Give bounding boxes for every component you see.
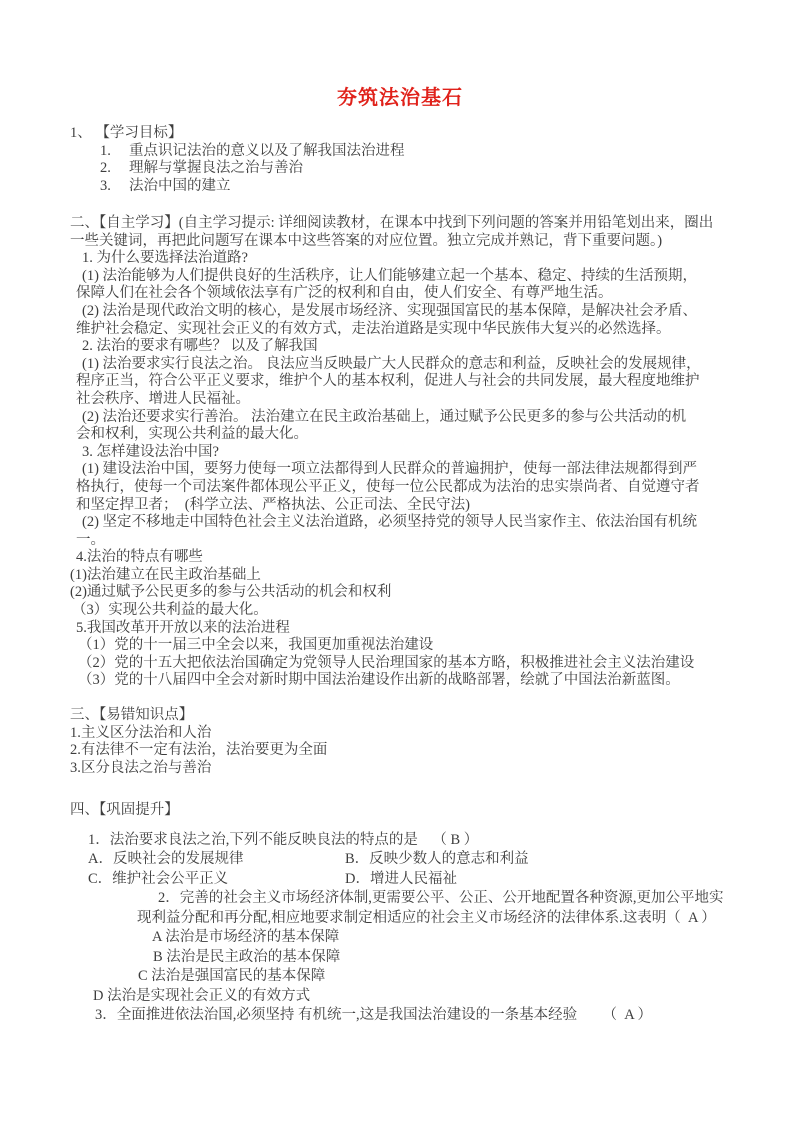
doc-line: 四、【巩固提升】 — [0, 802, 800, 820]
doc-line: (1)法治建立在民主政治基础上 — [0, 567, 800, 585]
doc-line: 1. 重点识记法治的意义以及了解我国法治进程 — [0, 143, 800, 161]
doc-line: 3．全面推进依法治国,必须坚持 有机统一,这是我国法治建设的一条基本经验 （ A… — [0, 1006, 800, 1026]
doc-line: 3. 怎样建设法治中国? — [0, 444, 800, 462]
doc-line: （3）党的十八届四中全会对新时期中国法治建设作出新的战略部署，绘就了中国法治新蓝… — [0, 672, 800, 690]
doc-line: 3.区分良法之治与善治 — [0, 760, 800, 778]
error-prone-points-section: 三、【易错知识点】1.主义区分法治和人治2.有法律不一定有法治，法治要更为全面3… — [0, 707, 800, 777]
doc-line: 1. 为什么要选择法治道路? — [0, 250, 800, 268]
doc-line: (2) 法治是现代政治文明的核心，是发展市场经济、实现强国富民的基本保障，是解决… — [0, 303, 800, 321]
doc-line: A．反映社会的发展规律B．反映少数人的意志和利益 — [0, 850, 800, 870]
doc-line: A 法治是市场经济的基本保障 — [0, 928, 800, 948]
doc-line: 1．法治要求良法之治,下列不能反映良法的特点的是 （ B ） — [0, 831, 800, 851]
doc-line: 3. 法治中国的建立 — [0, 178, 800, 196]
doc-line: (1) 建设法治中国，要努力使每一项立法都得到人民群众的普遍拥护，使每一部法律法… — [0, 461, 800, 479]
doc-line: 和坚定捍卫者； (科学立法、严格执法、公正司法、全民守法) — [0, 497, 800, 515]
doc-line: 一些关键词，再把此问题写在课本中这些答案的对应位置。独立完成并熟记，背下重要问题… — [0, 233, 800, 251]
doc-line: 现利益分配和再分配,相应地要求制定相适应的社会主义市场经济的法律体系.这表明（ … — [0, 909, 800, 929]
doc-line: (2)通过赋予公民更多的参与公共活动的机会和权利 — [0, 584, 800, 602]
doc-line: D 法治是实现社会正义的有效方式 — [0, 987, 800, 1007]
doc-line: 2. 法治的要求有哪些？ 以及了解我国 — [0, 338, 800, 356]
doc-line: 维护社会稳定、实现社会正义的有效方式，走法治道路是实现中华民族伟大复兴的必然选择… — [0, 321, 800, 339]
doc-line: 2.有法律不一定有法治，法治要更为全面 — [0, 742, 800, 760]
doc-line: 三、【易错知识点】 — [0, 707, 800, 725]
doc-line: （2）党的十五大把依法治国确定为党领导人民治理国家的基本方略，积极推进社会主义法… — [0, 655, 800, 673]
doc-line: (2) 坚定不移地走中国特色社会主义法治道路，必须坚持党的领导人民当家作主、依法… — [0, 514, 800, 532]
document-title: 夯筑法治基石 — [0, 84, 800, 112]
doc-line: 5.我国改革开开放以来的法治进程 — [0, 620, 800, 638]
doc-line: 保障人们在社会各个领域依法享有广泛的权利和自由，使人们安全、有尊严地生活。 — [0, 285, 800, 303]
doc-line-second-column: B．反映少数人的意志和利益 — [345, 850, 529, 870]
practice-questions-section: 1．法治要求良法之治,下列不能反映良法的特点的是 （ B ）A．反映社会的发展规… — [0, 831, 800, 1026]
document-body: 1、 【学习目标】1. 重点识记法治的意义以及了解我国法治进程2. 理解与掌握良… — [0, 125, 800, 1026]
document-page: 夯筑法治基石 1、 【学习目标】1. 重点识记法治的意义以及了解我国法治进程2.… — [0, 0, 800, 1132]
doc-line: (1) 法治能够为人们提供良好的生活秩序，让人们能够建立起一个基本、稳定、持续的… — [0, 268, 800, 286]
doc-line: （3）实现公共利益的最大化。 — [0, 602, 800, 620]
doc-line: 会和权利，实现公共利益的最大化。 — [0, 426, 800, 444]
doc-line: 社会秩序、增进人民福祉。 — [0, 391, 800, 409]
doc-line: （1）党的十一届三中全会以来，我国更加重视法治建设 — [0, 637, 800, 655]
doc-line: 4.法治的特点有哪些 — [0, 549, 800, 567]
doc-line: C．维护社会公平正义D．增进人民福祉 — [0, 870, 800, 890]
self-study-section: 二、【自主学习】(自主学习提示: 详细阅读教材，在课本中找到下列问题的答案并用铅… — [0, 215, 800, 690]
doc-line: B 法治是民主政治的基本保障 — [0, 948, 800, 968]
study-goals-section: 1、 【学习目标】1. 重点识记法治的意义以及了解我国法治进程2. 理解与掌握良… — [0, 125, 800, 195]
doc-line: 程序正当，符合公平正义要求，维护个人的基本权利，促进人与社会的共同发展，最大程度… — [0, 373, 800, 391]
doc-line: 2．完善的社会主义市场经济体制,更需要公平、公正、公开地配置各种资源,更加公平地… — [0, 889, 800, 909]
doc-line: 一。 — [0, 532, 800, 550]
doc-line: 1.主义区分法治和人治 — [0, 725, 800, 743]
doc-line-second-column: D．增进人民福祉 — [345, 870, 457, 890]
doc-line: 2. 理解与掌握良法之治与善治 — [0, 160, 800, 178]
doc-line: (1) 法治要求实行良法之治。 良法应当反映最广大人民群众的意志和利益，反映社会… — [0, 356, 800, 374]
doc-line: 二、【自主学习】(自主学习提示: 详细阅读教材，在课本中找到下列问题的答案并用铅… — [0, 215, 800, 233]
doc-line: (2) 法治还要求实行善治。 法治建立在民主政治基础上，通过赋予公民更多的参与公… — [0, 409, 800, 427]
doc-line: C 法治是强国富民的基本保障 — [0, 967, 800, 987]
consolidation-heading: 四、【巩固提升】 — [0, 802, 800, 820]
doc-line: 格执行，使每一个司法案件都体现公平正义，使每一位公民都成为法治的忠实崇尚者、自觉… — [0, 479, 800, 497]
doc-line: 1、 【学习目标】 — [0, 125, 800, 143]
